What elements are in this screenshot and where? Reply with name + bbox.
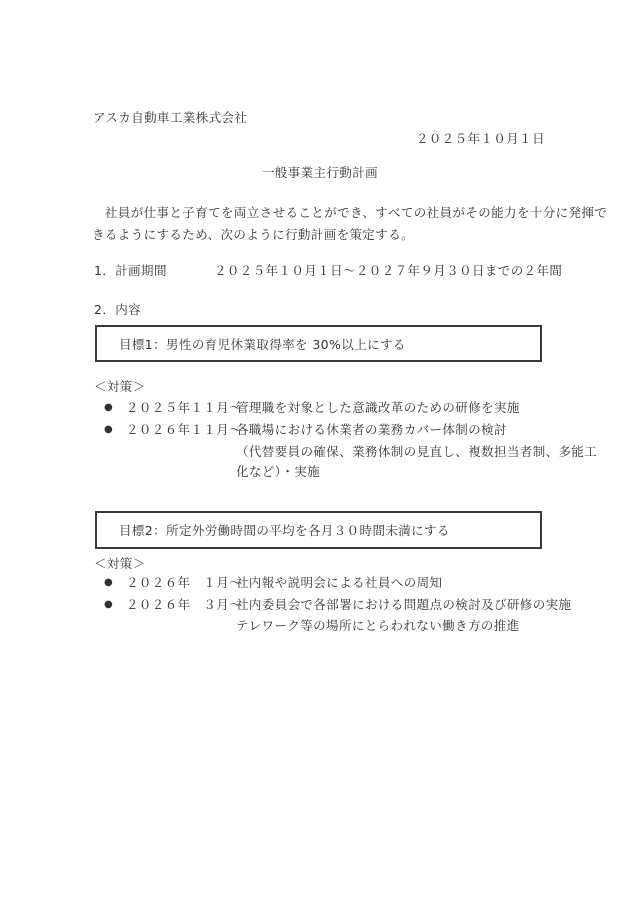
company-name: アスカ自動車工業株式会社 — [93, 110, 247, 125]
measure-desc: 社内委員会で各部署における問題点の検討及び研修の実施 — [236, 597, 571, 612]
goal1-box-text: 目標1：男性の育児休業取得率を 30%以上にする — [119, 335, 406, 353]
measure-desc-continuation: 化など）・実施 — [236, 464, 320, 479]
document-page: アスカ自動車工業株式会社 ２０２５年１０月１日 一般事業主行動計画 社員が仕事と… — [0, 0, 640, 906]
intro-paragraph-line-1: 社員が仕事と子育てを両立させることができ、すべての社員がその能力を十分に発揮で — [92, 205, 607, 220]
measure-date: ２０２６年 ３月～ — [126, 597, 242, 612]
measure-desc: 管理職を対象とした意識改革のための研修を実施 — [236, 400, 520, 415]
plan-period-label: 1．計画期間 — [94, 263, 167, 278]
measure-date: ２０２６年１１月～ — [126, 422, 242, 437]
measure-desc: 社内報や説明会による社員への周知 — [236, 575, 442, 590]
bullet-icon: ● — [104, 575, 113, 590]
measure-date: ２０２５年１１月～ — [126, 400, 242, 415]
goal2-box: 目標2：所定外労働時間の平均を各月３０時間未満にする — [95, 511, 542, 549]
bullet-icon: ● — [104, 597, 113, 612]
intro-paragraph-line-2: きるようにするため、次のように行動計画を策定する。 — [92, 227, 414, 242]
plan-period-value: ２０２５年１０月１日～２０２７年９月３０日までの２年間 — [214, 263, 562, 278]
page-title: 一般事業主行動計画 — [0, 165, 640, 180]
contents-label: 2．内容 — [94, 302, 141, 317]
document-date: ２０２５年１０月１日 — [0, 131, 545, 146]
goal1-measures-heading: ＜対策＞ — [94, 379, 146, 394]
bullet-icon: ● — [104, 400, 113, 415]
goal1-box: 目標1：男性の育児休業取得率を 30%以上にする — [95, 325, 542, 362]
bullet-icon: ● — [104, 422, 113, 437]
goal2-measures-heading: ＜対策＞ — [94, 556, 146, 571]
measure-date: ２０２６年 １月～ — [126, 575, 242, 590]
goal2-box-text: 目標2：所定外労働時間の平均を各月３０時間未満にする — [119, 521, 450, 539]
measure-desc-continuation: テレワーク等の場所にとらわれない働き方の推進 — [236, 618, 520, 633]
measure-desc: 各職場における休業者の業務カバー体制の検討 — [236, 422, 507, 437]
measure-desc-continuation: （代替要員の確保、業務体制の見直し、複数担当者制、多能工 — [236, 444, 597, 459]
